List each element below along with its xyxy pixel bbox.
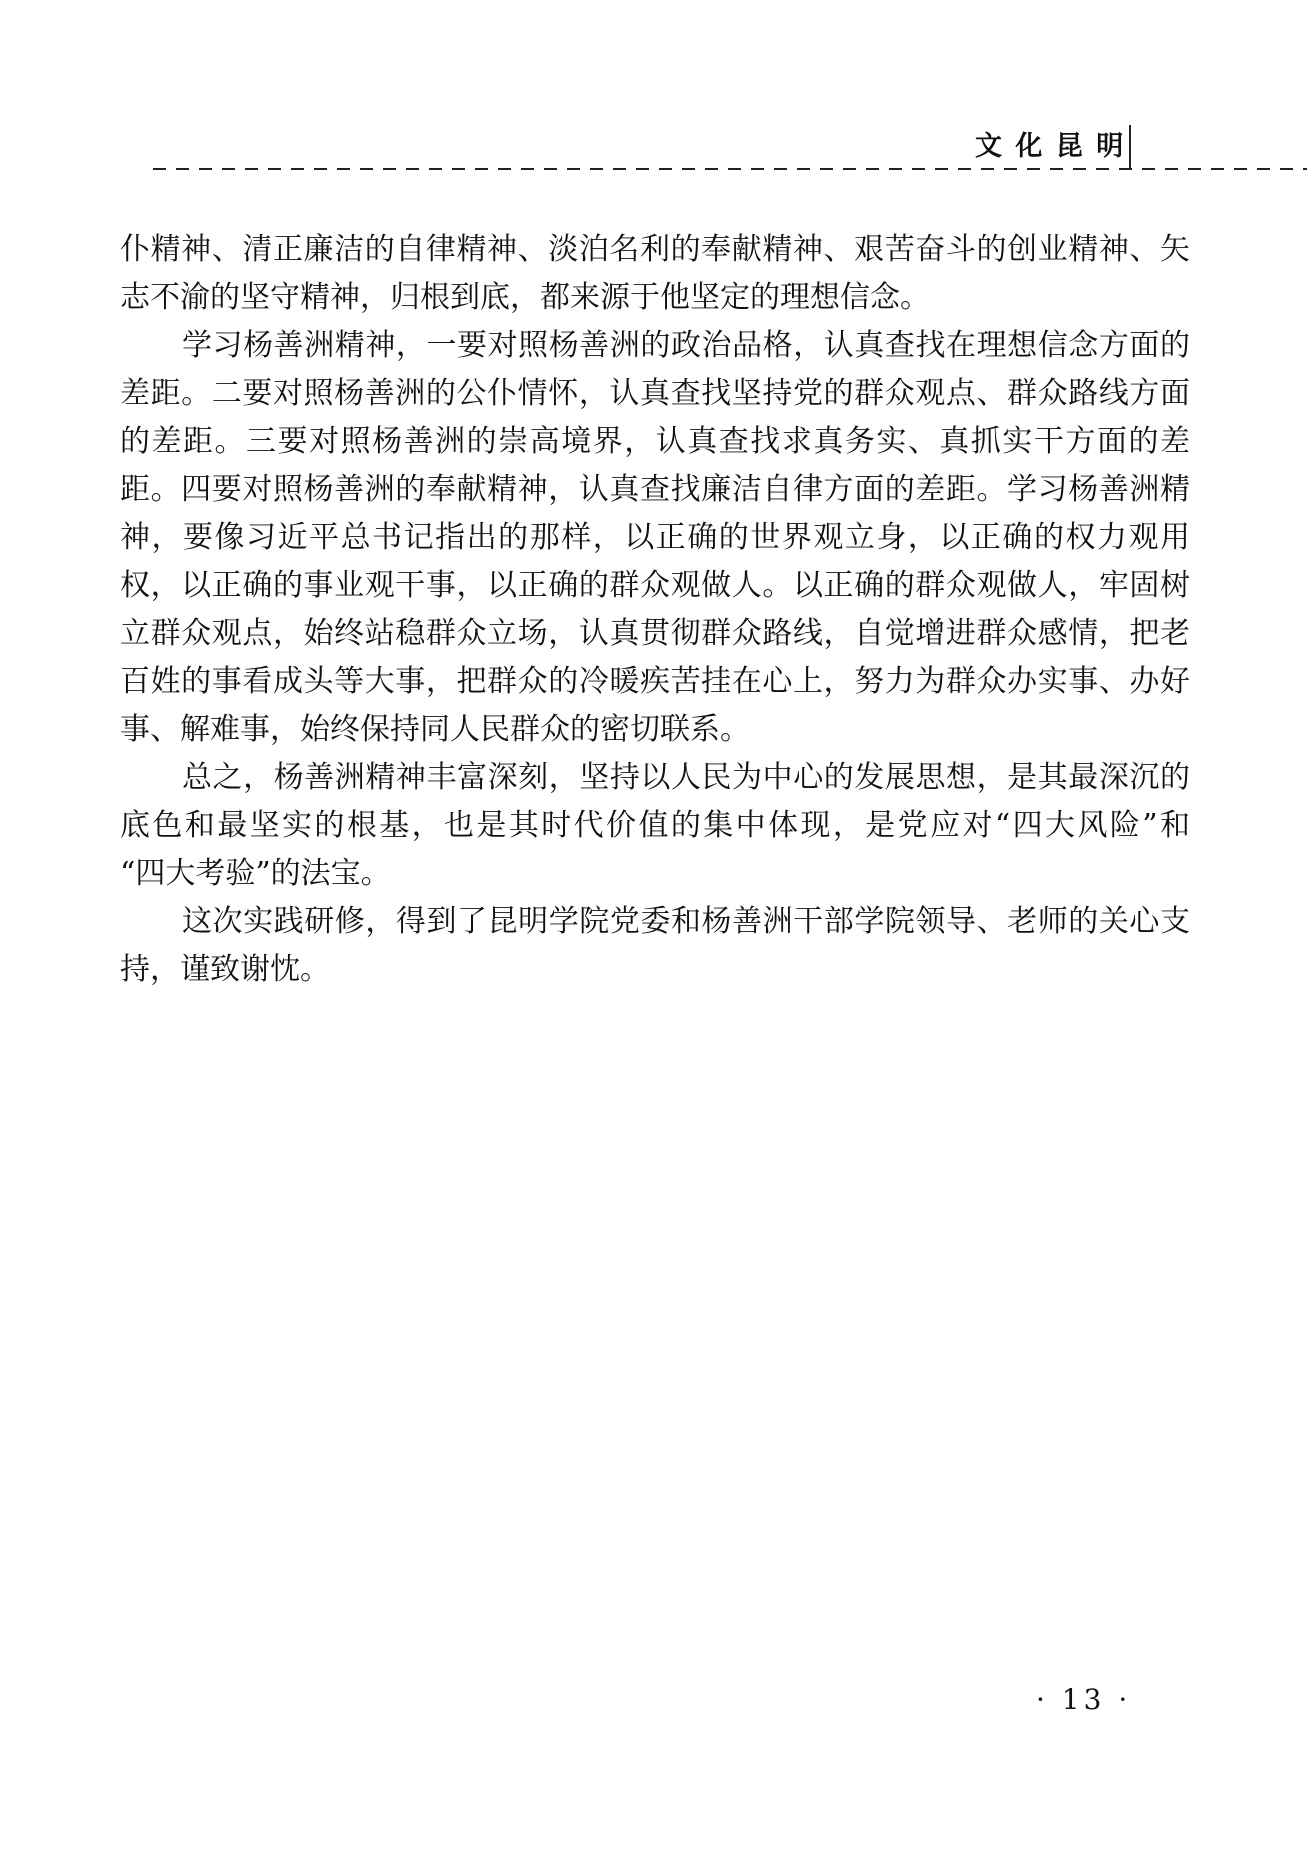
running-header-title: 文 化 昆 明 <box>975 131 1125 163</box>
text-line: 百姓的事看成头等大事，把群众的冷暖疾苦挂在心上，努力为群众办实事、办好 <box>120 658 1190 706</box>
text-line: 这次实践研修，得到了昆明学院党委和杨善洲干部学院领导、老师的关心支 <box>120 898 1190 946</box>
document-page: 文 化 昆 明 仆精神、清正廉洁的自律精神、淡泊名利的奉献精神、艰苦奋斗的创业精… <box>0 0 1307 1859</box>
text-line: 仆精神、清正廉洁的自律精神、淡泊名利的奉献精神、艰苦奋斗的创业精神、矢 <box>120 226 1190 274</box>
header-dashed-rule <box>153 168 1307 170</box>
text-line: 的差距。三要对照杨善洲的崇高境界，认真查找求真务实、真抓实干方面的差 <box>120 418 1190 466</box>
text-line: “四大考验”的法宝。 <box>120 850 1190 898</box>
page-number: · 13 · <box>1036 1683 1131 1716</box>
text-line: 事、解难事，始终保持同人民群众的密切联系。 <box>120 706 1190 754</box>
text-line: 持，谨致谢忱。 <box>120 946 1190 994</box>
text-line: 立群众观点，始终站稳群众立场，认真贯彻群众路线，自觉增进群众感情，把老 <box>120 610 1190 658</box>
text-line: 底色和最坚实的根基，也是其时代价值的集中体现，是党应对“四大风险”和 <box>120 802 1190 850</box>
body-text-block: 仆精神、清正廉洁的自律精神、淡泊名利的奉献精神、艰苦奋斗的创业精神、矢志不渝的坚… <box>120 226 1190 994</box>
text-line: 距。四要对照杨善洲的奉献精神，认真查找廉洁自律方面的差距。学习杨善洲精 <box>120 466 1190 514</box>
text-line: 差距。二要对照杨善洲的公仆情怀，认真查找坚持党的群众观点、群众路线方面 <box>120 370 1190 418</box>
text-line: 学习杨善洲精神，一要对照杨善洲的政治品格，认真查找在理想信念方面的 <box>120 322 1190 370</box>
text-line: 志不渝的坚守精神，归根到底，都来源于他坚定的理想信念。 <box>120 274 1190 322</box>
header-vertical-rule <box>1129 125 1131 170</box>
text-line: 权，以正确的事业观干事，以正确的群众观做人。以正确的群众观做人，牢固树 <box>120 562 1190 610</box>
text-line: 神，要像习近平总书记指出的那样，以正确的世界观立身，以正确的权力观用 <box>120 514 1190 562</box>
text-line: 总之，杨善洲精神丰富深刻，坚持以人民为中心的发展思想，是其最深沉的 <box>120 754 1190 802</box>
